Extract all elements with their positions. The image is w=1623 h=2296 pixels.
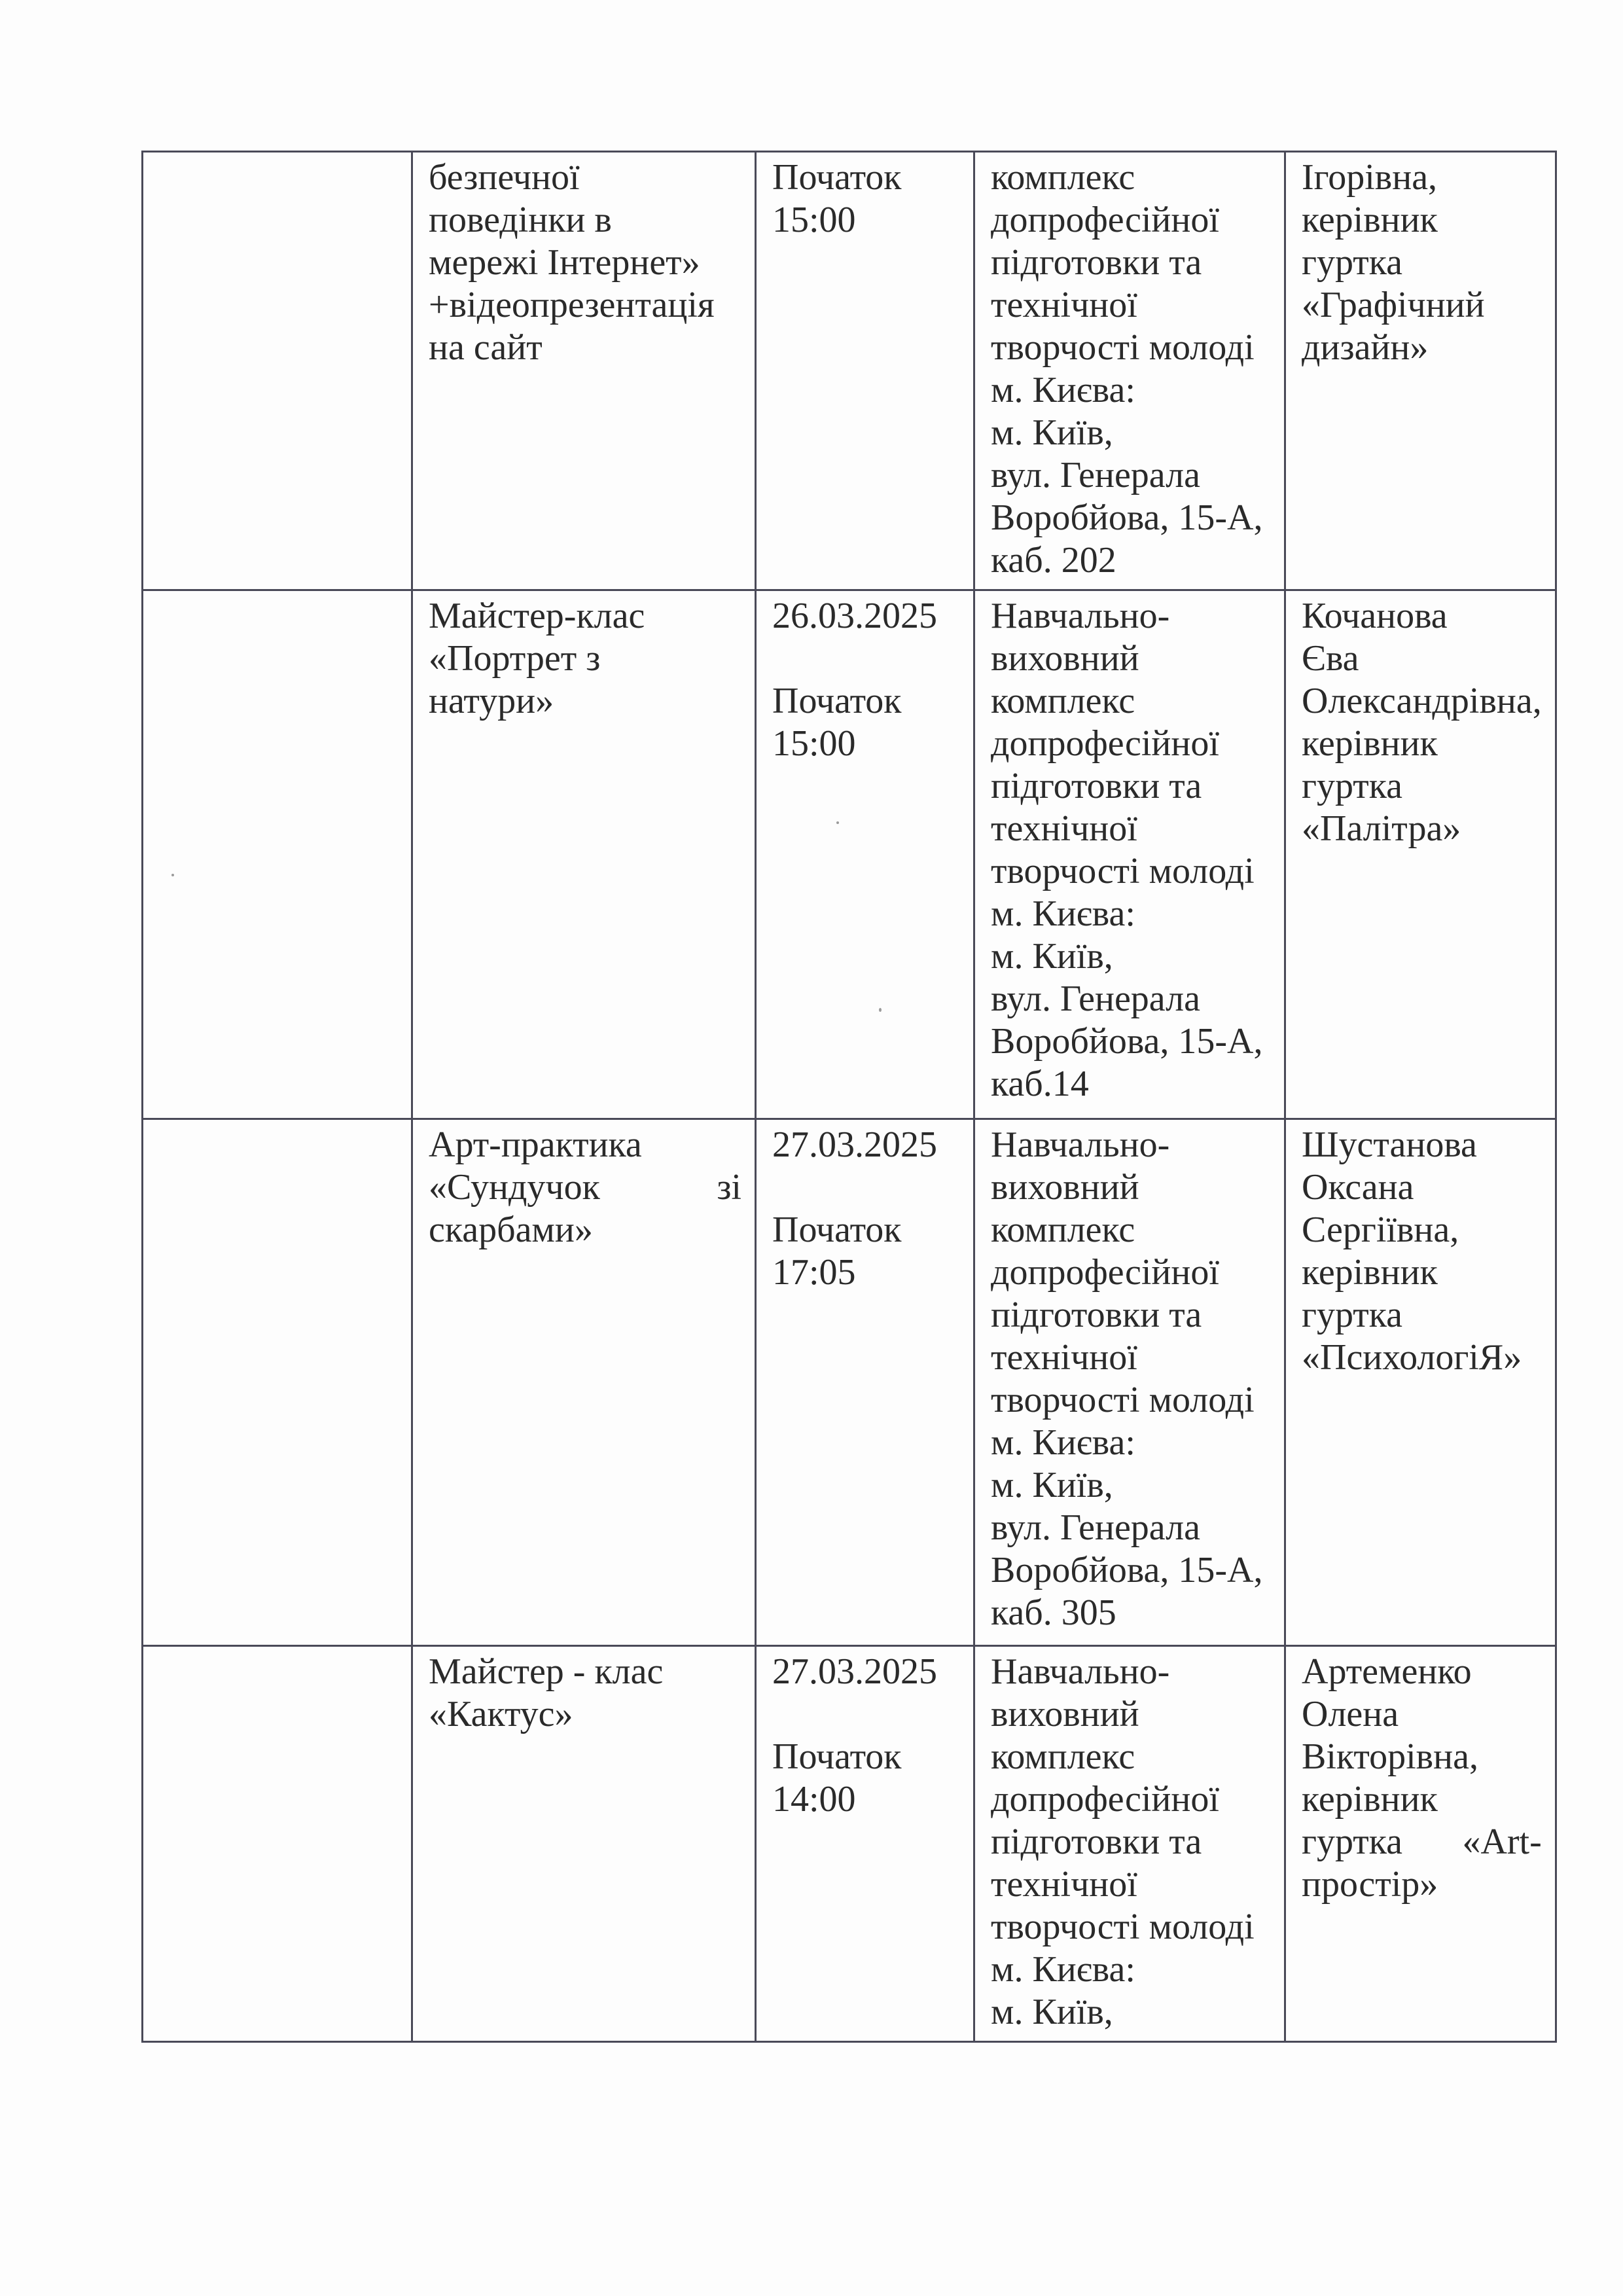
event-text: натури»	[429, 680, 741, 723]
venue-text: допрофесійної	[991, 1778, 1271, 1821]
document-page: безпечної поведінки в мережі Інтернет» +…	[0, 0, 1623, 2296]
schedule-table: безпечної поведінки в мережі Інтернет» +…	[141, 151, 1557, 2043]
venue-cell: Навчально- виховний комплекс допрофесійн…	[974, 1119, 1285, 1646]
responsible-text: керівник	[1302, 723, 1542, 765]
event-cell: Майстер-клас «Портрет з натури»	[412, 590, 756, 1119]
venue-text: каб. 202	[991, 539, 1271, 582]
responsible-cell: Ігорівна, керівник гуртка «Графічний диз…	[1285, 152, 1556, 590]
venue-text: вул. Генерала	[991, 454, 1271, 497]
start-label: Початок	[772, 680, 960, 723]
event-text: безпечної	[429, 156, 741, 199]
start-label: Початок	[772, 1736, 960, 1778]
scan-speck	[836, 821, 839, 824]
start-time: 17:05	[772, 1251, 960, 1294]
venue-text: вул. Генерала	[991, 1507, 1271, 1549]
table-row: Арт-практика «Сундучокзі скарбами» 27.03…	[143, 1119, 1556, 1646]
event-text: Арт-практика	[429, 1124, 741, 1166]
responsible-text: простір»	[1302, 1863, 1542, 1906]
event-date: 27.03.2025	[772, 1124, 960, 1166]
venue-text: творчості молоді	[991, 327, 1271, 369]
venue-text: творчості молоді	[991, 1906, 1271, 1948]
responsible-cell: Артеменко Олена Вікторівна, керівник гур…	[1285, 1646, 1556, 2042]
start-label: Початок	[772, 1209, 960, 1251]
number-cell	[143, 152, 412, 590]
venue-text: виховний	[991, 637, 1271, 680]
venue-text: Воробйова, 15-А,	[991, 1549, 1271, 1592]
responsible-text: гуртка	[1302, 1294, 1542, 1336]
venue-text: комплекс	[991, 1209, 1271, 1251]
scan-speck	[879, 1008, 882, 1012]
number-cell	[143, 1646, 412, 2042]
date-cell: 26.03.2025 Початок 15:00	[756, 590, 974, 1119]
responsible-text: «Графічний	[1302, 284, 1542, 327]
event-cell: Майстер - клас «Кактус»	[412, 1646, 756, 2042]
venue-text: м. Києва:	[991, 1422, 1271, 1464]
responsible-cell: Кочанова Єва Олександрівна, керівник гур…	[1285, 590, 1556, 1119]
responsible-text: Єва	[1302, 637, 1542, 680]
venue-text: м. Київ,	[991, 412, 1271, 454]
responsible-text: керівник	[1302, 1778, 1542, 1821]
responsible-text: Олена	[1302, 1693, 1542, 1736]
venue-text: допрофесійної	[991, 199, 1271, 242]
venue-text: м. Києва:	[991, 893, 1271, 935]
event-date: 26.03.2025	[772, 595, 960, 637]
event-text: +відеопрезентація	[429, 284, 741, 327]
scan-speck	[171, 874, 174, 876]
start-time: 15:00	[772, 199, 960, 242]
venue-text: виховний	[991, 1693, 1271, 1736]
venue-text: підготовки та	[991, 1821, 1271, 1863]
venue-text: каб. 305	[991, 1592, 1271, 1634]
event-text: «Сундучокзі	[429, 1166, 741, 1209]
responsible-text: «Палітра»	[1302, 808, 1542, 850]
table-row: Майстер - клас «Кактус» 27.03.2025 Почат…	[143, 1646, 1556, 2042]
event-text: мережі Інтернет»	[429, 242, 741, 284]
responsible-text: Оксана	[1302, 1166, 1542, 1209]
venue-cell: Навчально- виховний комплекс допрофесійн…	[974, 1646, 1285, 2042]
venue-text: допрофесійної	[991, 1251, 1271, 1294]
venue-text: технічної	[991, 1336, 1271, 1379]
venue-cell: комплекс допрофесійної підготовки та тех…	[974, 152, 1285, 590]
date-cell: Початок 15:00	[756, 152, 974, 590]
table-row: безпечної поведінки в мережі Інтернет» +…	[143, 152, 1556, 590]
venue-text: допрофесійної	[991, 723, 1271, 765]
venue-text: підготовки та	[991, 1294, 1271, 1336]
responsible-text: керівник	[1302, 199, 1542, 242]
responsible-text: Ігорівна,	[1302, 156, 1542, 199]
venue-text: підготовки та	[991, 765, 1271, 808]
event-cell: безпечної поведінки в мережі Інтернет» +…	[412, 152, 756, 590]
date-cell: 27.03.2025 Початок 14:00	[756, 1646, 974, 2042]
venue-text: м. Київ,	[991, 935, 1271, 978]
event-text: Майстер - клас	[429, 1651, 741, 1693]
event-text: поведінки в	[429, 199, 741, 242]
venue-text: комплекс	[991, 680, 1271, 723]
venue-text: м. Києва:	[991, 369, 1271, 412]
venue-text: творчості молоді	[991, 1379, 1271, 1422]
responsible-text: Сергіївна,	[1302, 1209, 1542, 1251]
table-row: Майстер-клас «Портрет з натури» 26.03.20…	[143, 590, 1556, 1119]
event-text: на сайт	[429, 327, 741, 369]
venue-text: каб.14	[991, 1063, 1271, 1105]
responsible-text: гуртка	[1302, 242, 1542, 284]
responsible-text: Кочанова	[1302, 595, 1542, 637]
venue-text: комплекс	[991, 156, 1271, 199]
venue-text: творчості молоді	[991, 850, 1271, 893]
responsible-text: гуртка	[1302, 765, 1542, 808]
start-time: 14:00	[772, 1778, 960, 1821]
responsible-text: керівник	[1302, 1251, 1542, 1294]
venue-text: технічної	[991, 1863, 1271, 1906]
event-text: «Кактус»	[429, 1693, 741, 1736]
start-label: Початок	[772, 156, 960, 199]
venue-text: Навчально-	[991, 1124, 1271, 1166]
event-cell: Арт-практика «Сундучокзі скарбами»	[412, 1119, 756, 1646]
start-time: 15:00	[772, 723, 960, 765]
responsible-text: Вікторівна,	[1302, 1736, 1542, 1778]
responsible-text: Олександрівна,	[1302, 680, 1542, 723]
event-date: 27.03.2025	[772, 1651, 960, 1693]
event-text: скарбами»	[429, 1209, 741, 1251]
venue-text: виховний	[991, 1166, 1271, 1209]
venue-text: комплекс	[991, 1736, 1271, 1778]
responsible-text: дизайн»	[1302, 327, 1542, 369]
venue-text: вул. Генерала	[991, 978, 1271, 1020]
event-text: Майстер-клас	[429, 595, 741, 637]
venue-text: Воробйова, 15-А,	[991, 497, 1271, 539]
responsible-text: Шустанова	[1302, 1124, 1542, 1166]
venue-text: підготовки та	[991, 242, 1271, 284]
venue-text: Навчально-	[991, 595, 1271, 637]
venue-text: м. Києва:	[991, 1948, 1271, 1991]
venue-text: м. Київ,	[991, 1464, 1271, 1507]
number-cell	[143, 1119, 412, 1646]
venue-cell: Навчально- виховний комплекс допрофесійн…	[974, 590, 1285, 1119]
venue-text: Навчально-	[991, 1651, 1271, 1693]
event-text: «Портрет з	[429, 637, 741, 680]
venue-text: м. Київ,	[991, 1991, 1271, 2034]
responsible-cell: Шустанова Оксана Сергіївна, керівник гур…	[1285, 1119, 1556, 1646]
responsible-text: «ПсихологіЯ»	[1302, 1336, 1542, 1379]
number-cell	[143, 590, 412, 1119]
responsible-text: Артеменко	[1302, 1651, 1542, 1693]
date-cell: 27.03.2025 Початок 17:05	[756, 1119, 974, 1646]
venue-text: Воробйова, 15-А,	[991, 1020, 1271, 1063]
responsible-text: гуртка«Art-	[1302, 1821, 1542, 1863]
venue-text: технічної	[991, 808, 1271, 850]
venue-text: технічної	[991, 284, 1271, 327]
